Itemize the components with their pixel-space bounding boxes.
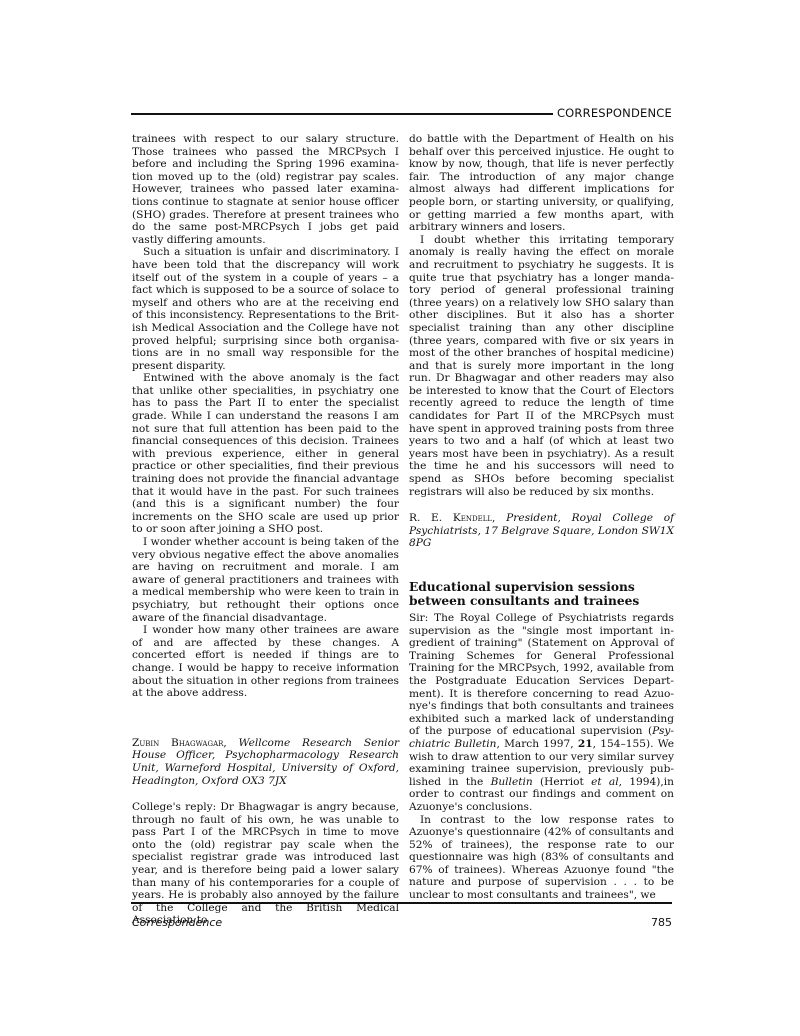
footer-rule [131,902,672,904]
letter-paragraph: I wonder how many other trainees are awa… [132,624,399,700]
reply-paragraph: do battle with the Department of Health … [409,133,674,234]
section-heading: Educational supervision sessions between… [409,580,674,608]
text-run: Sir: The Royal College of Psychiatrists … [409,612,674,737]
right-column: do battle with the Department of Health … [409,133,674,902]
volume-number: 21 [578,738,593,750]
section-paragraph: Sir: The Royal College of Psychiatrists … [409,612,674,814]
left-column: trainees with respect to our salary stru… [132,133,399,927]
footer-section: Correspondence [132,916,222,929]
et-al: et al [591,776,619,788]
running-header: CORRESPONDENCE [131,104,672,124]
letter-paragraph: trainees with respect to our salary stru… [132,133,399,246]
reply-paragraph: I doubt whether this irritating temporar… [409,234,674,498]
author-name: Zubin Bhagwagar, [132,737,227,749]
page-footer: Correspondence 785 [131,902,672,932]
section-paragraph: In contrast to the low response rates to… [409,814,674,902]
header-rule [131,113,553,115]
reply-signature: R. E. Kendell, President, Royal College … [409,512,674,550]
letter-paragraph: I wonder whether account is being taken … [132,536,399,624]
text-run: , March 1997, [496,738,577,750]
letter-paragraph: Such a situation is unfair and discrimin… [132,246,399,372]
running-header-title: CORRESPONDENCE [557,106,672,120]
author-signature: Zubin Bhagwagar, Wellcome Research Senio… [132,737,399,787]
text-run: (Herriot [533,776,591,788]
bulletin-title: Bulletin [491,776,533,788]
page-number: 785 [651,916,672,929]
reply-author-name: R. E. Kendell, [409,512,495,524]
letter-paragraph: Entwined with the above anomaly is the f… [132,372,399,536]
